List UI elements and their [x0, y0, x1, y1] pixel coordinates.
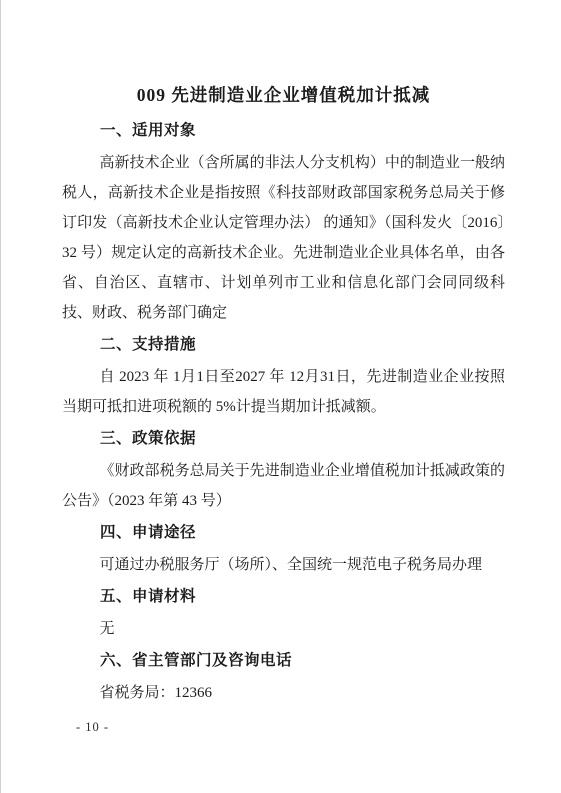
- section-heading-department-contact: 六、省主管部门及咨询电话: [100, 646, 505, 676]
- section-support-measures: 二、支持措施 自 2023 年 1月1日至2027 年 12月31日，先进制造业…: [62, 330, 505, 422]
- section-application-materials: 五、申请材料 无: [62, 582, 505, 644]
- section-body-department-contact: 省税务局：12366: [62, 678, 505, 708]
- section-heading-application-channel: 四、申请途径: [100, 518, 505, 548]
- section-body-policy-basis: 《财政部税务总局关于先进制造业企业增值税加计抵减政策的公告》（2023 年第 4…: [62, 456, 505, 516]
- section-heading-support-measures: 二、支持措施: [100, 330, 505, 360]
- section-body-support-measures: 自 2023 年 1月1日至2027 年 12月31日，先进制造业企业按照当期可…: [62, 362, 505, 422]
- section-department-contact: 六、省主管部门及咨询电话 省税务局：12366: [62, 646, 505, 708]
- document-page: 009 先进制造业企业增值税加计抵减 一、适用对象 高新技术企业（含所属的非法人…: [0, 0, 561, 793]
- section-application-channel: 四、申请途径 可通过办税服务厅（场所）、全国统一规范电子税务局办理: [62, 518, 505, 580]
- section-body-applicable-targets: 高新技术企业（含所属的非法人分支机构）中的制造业一般纳税人，高新技术企业是指按照…: [62, 148, 505, 328]
- document-title: 009 先进制造业企业增值税加计抵减: [62, 82, 505, 108]
- section-body-application-materials: 无: [62, 614, 505, 644]
- section-heading-policy-basis: 三、政策依据: [100, 424, 505, 454]
- section-policy-basis: 三、政策依据 《财政部税务总局关于先进制造业企业增值税加计抵减政策的公告》（20…: [62, 424, 505, 516]
- section-heading-application-materials: 五、申请材料: [100, 582, 505, 612]
- section-heading-applicable-targets: 一、适用对象: [100, 116, 505, 146]
- section-applicable-targets: 一、适用对象 高新技术企业（含所属的非法人分支机构）中的制造业一般纳税人，高新技…: [62, 116, 505, 328]
- page-number: - 10 -: [76, 720, 109, 735]
- section-body-application-channel: 可通过办税服务厅（场所）、全国统一规范电子税务局办理: [62, 550, 505, 580]
